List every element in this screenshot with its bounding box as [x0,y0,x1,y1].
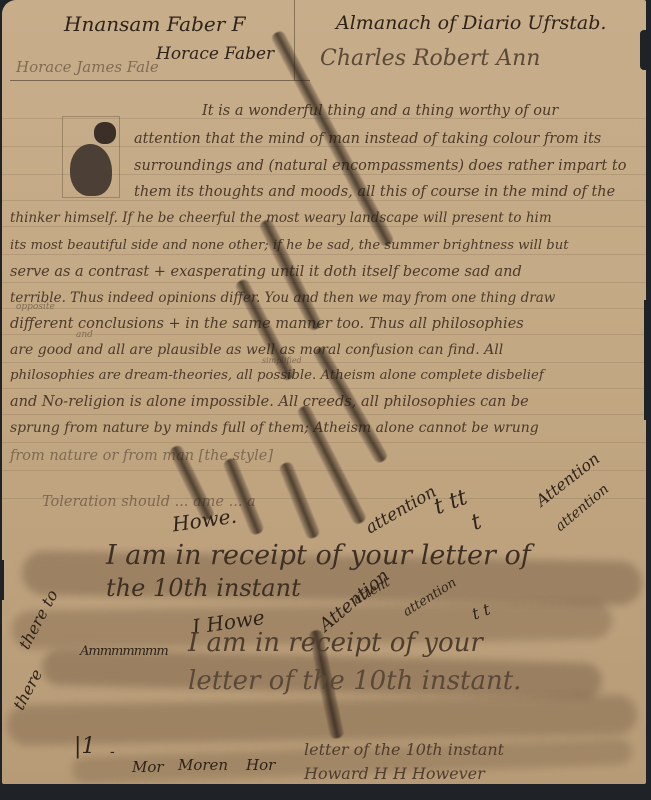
bottom-scribble: |1 [74,734,95,759]
practice-line: letter of the 10th instant. [188,666,521,696]
ink-blot-small [94,122,116,144]
practice-t-marks: t tt [431,485,471,520]
body-line: terrible. Thus indeed opinions differ. Y… [10,290,555,306]
practice-line: I am in receipt of your [188,628,483,658]
interlinear-note: opposite [16,302,55,312]
body-line: philosophies are dream-theories, all pos… [10,368,544,383]
practice-line: Howard H H However [304,764,485,783]
rule-line [2,308,646,309]
header-margin-note: Horace James Fale [16,58,159,76]
rule-line [2,282,646,283]
body-line: are good and all are plausible as well a… [10,342,503,358]
practice-line: I am in receipt of your letter of [106,540,531,571]
practice-word-attention: attention [362,482,440,538]
bottom-scribble: Hor [246,756,275,774]
torn-edge [0,560,4,600]
pen-trial-scribble: Ammmmmmm [80,644,168,659]
body-line: its most beautiful side and none other; … [10,238,569,253]
pencil-strike [278,461,321,540]
body-line: serve as a contrast + exasperating until… [10,264,522,280]
body-line: surroundings and (natural encompassments… [134,158,626,174]
header-author-name: Charles Robert Ann [320,46,540,71]
body-line: them its thoughts and moods, all this of… [134,184,615,200]
body-line: and No-religion is alone impossible. All… [10,394,529,410]
bottom-scribble: Moren [178,756,228,774]
rule-line [2,388,646,389]
rule-line [2,414,646,415]
manuscript-page: Hnansam Faber F Horace Faber Horace Jame… [2,0,646,784]
body-line: sprung from nature by minds full of them… [10,420,539,436]
practice-line: the 10th instant [106,574,301,602]
practice-t-marks: t [468,509,485,536]
header-title: Almanach of Diario Ufrstab. [336,12,606,34]
torn-edge [640,30,651,70]
body-line: attention that the mind of man instead o… [134,131,601,147]
body-line: It is a wonderful thing and a thing wort… [202,103,558,119]
torn-edge [644,300,651,420]
header-left-line2: Horace Faber [156,44,274,64]
rule-line [2,226,646,227]
body-line: thinker himself. If he be cheerful the m… [10,210,552,226]
practice-line: letter of the 10th instant [304,740,504,759]
ink-blot-large [70,144,112,196]
interlinear-note: and [76,330,93,340]
bottom-scribble: - [110,744,115,760]
rule-line [2,470,646,471]
rule-line [2,334,646,335]
rule-line [2,200,646,201]
header-left-line1: Hnansam Faber F [64,12,246,36]
rule-line [2,254,646,255]
header-divider [10,80,310,81]
bottom-border [0,784,651,800]
bottom-scribble: Mor [132,758,164,776]
